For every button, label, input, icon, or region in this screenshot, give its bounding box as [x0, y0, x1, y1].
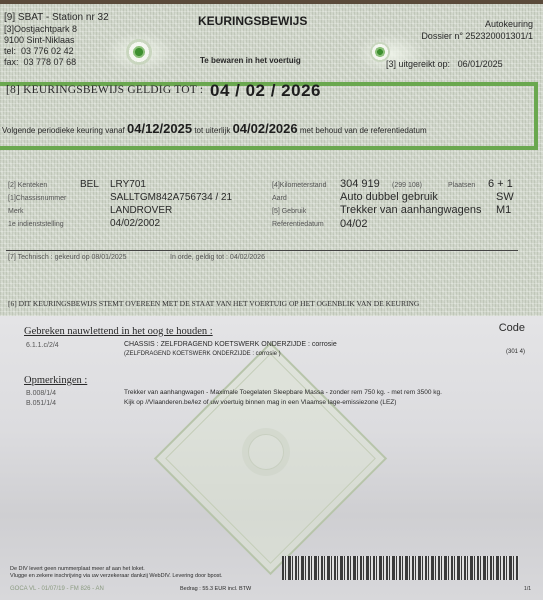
field-label: [5] Gebruik — [272, 208, 306, 215]
first-registration: 04/02/2002 — [110, 218, 160, 229]
defect-subtext: (ZELFDRAGEND KOETSWERK ONDERZIJDE : corr… — [124, 351, 281, 357]
address-line: [3]Oostjachtpark 8 — [4, 24, 77, 34]
category-code: M1 — [496, 204, 511, 216]
reference-date: 04/02 — [340, 218, 368, 230]
defect-code: (301 4) — [506, 349, 525, 355]
validity-date: 04 / 02 / 2026 — [210, 81, 321, 101]
next-suffix: met behoud van de referentiedatum — [300, 126, 427, 135]
notice-line-1: De DIV levert geen nummerplaat meer af a… — [10, 566, 145, 572]
document-title: KEURINGSBEWIJS — [198, 14, 307, 28]
amount: Bedrag : 55.3 EUR incl. BTW — [180, 586, 251, 592]
field-label: [2] Kenteken — [8, 182, 47, 189]
conformity-statement: [6] DIT KEURINGSBEWIJS STEMT OVEREEN MET… — [8, 299, 419, 308]
fax-value: 03 778 07 68 — [24, 57, 77, 67]
watermark-seal — [248, 434, 284, 470]
remark-text: Trekker van aanhangwagen - Maximale Toeg… — [124, 389, 442, 396]
barcode — [282, 556, 519, 580]
next-prefix: Volgende periodieke keuring vanaf — [2, 126, 125, 135]
body-code: SW — [496, 191, 514, 203]
eye-logo-icon — [126, 39, 152, 65]
details-area: Gebreken nauwlettend in het oog te houde… — [0, 316, 543, 600]
field-label: Referentiedatum — [272, 221, 324, 228]
defects-heading: Gebreken nauwlettend in het oog te houde… — [24, 326, 213, 337]
plate-country: BEL — [80, 179, 99, 190]
page-number: 1/1 — [524, 586, 531, 592]
defect-ref: 6.1.1.c/2/4 — [26, 342, 59, 349]
security-pattern-area: [9] SBAT - Station nr 32 [3]Oostjachtpar… — [0, 4, 543, 316]
defect-text: CHASSIS : ZELFDRAGEND KOETSWERK ONDERZIJ… — [124, 341, 337, 348]
notice-line-2: Vlugge en zekere inschrijving via uw ver… — [10, 573, 222, 579]
odometer: 304 919 — [340, 178, 380, 190]
issued-label: [3] uitgereikt op: — [386, 59, 450, 69]
tel-value: 03 776 02 42 — [21, 46, 74, 56]
city-line: 9100 Sint-Niklaas — [4, 35, 75, 45]
inspection-type: Autokeuring — [485, 19, 533, 29]
tel-line: tel: 03 776 02 42 — [4, 46, 74, 56]
plate-number: LRY701 — [110, 179, 146, 190]
vehicle-use: Trekker van aanhangwagens — [340, 204, 481, 216]
validity-label: [8] KEURINGSBEWIJS GELDIG TOT : — [6, 84, 203, 96]
next-inspection-line: Volgende periodieke keuring vanaf 04/12/… — [2, 121, 427, 136]
next-from-date: 04/12/2025 — [127, 121, 192, 136]
dossier-number: Dossier n° 252320001301/1 — [421, 31, 533, 41]
tel-label: tel: — [4, 46, 16, 56]
field-label: [1]Chassisnummer — [8, 195, 66, 202]
technical-inspected: [7] Technisch : gekeurd op 08/01/2025 — [8, 254, 127, 261]
fax-label: fax: — [4, 57, 19, 67]
field-label: 1e indienststelling — [8, 221, 64, 228]
remark-text: Kijk op //Vlaanderen.be/lez of uw voertu… — [124, 399, 396, 406]
seats-value: 6 + 1 — [488, 178, 513, 190]
document-subtitle: Te bewaren in het voertuig — [200, 56, 301, 65]
issued-date: 06/01/2025 — [458, 59, 503, 69]
issued-line: [3] uitgereikt op: 06/01/2025 — [386, 59, 503, 69]
technical-valid: In orde, geldig tot : 04/02/2026 — [170, 254, 265, 261]
field-label: [4]Kilometerstand — [272, 182, 326, 189]
field-label: Aard — [272, 195, 287, 202]
next-mid: tot uiterlijk — [194, 126, 230, 135]
make: LANDROVER — [110, 205, 172, 216]
remark-ref: B.008/1/4 — [26, 390, 56, 397]
field-label: Merk — [8, 208, 24, 215]
inspection-certificate: [9] SBAT - Station nr 32 [3]Oostjachtpar… — [0, 4, 543, 600]
chassis-number: SALLTGM842A756734 / 21 — [110, 192, 232, 203]
remarks-heading: Opmerkingen : — [24, 375, 87, 386]
form-code: GOCA VL - 01/07/19 - FM 826 - AN — [10, 586, 104, 592]
seats-label: Plaatsen — [448, 182, 475, 189]
remark-ref: B.051/1/4 — [26, 400, 56, 407]
divider — [6, 250, 518, 251]
odometer-previous: (299 108) — [392, 182, 422, 189]
next-until-date: 04/02/2026 — [233, 121, 298, 136]
fax-line: fax: 03 778 07 68 — [4, 57, 76, 67]
vehicle-kind: Auto dubbel gebruik — [340, 191, 438, 203]
code-header: Code — [499, 322, 525, 334]
station-line: [9] SBAT - Station nr 32 — [4, 12, 109, 23]
